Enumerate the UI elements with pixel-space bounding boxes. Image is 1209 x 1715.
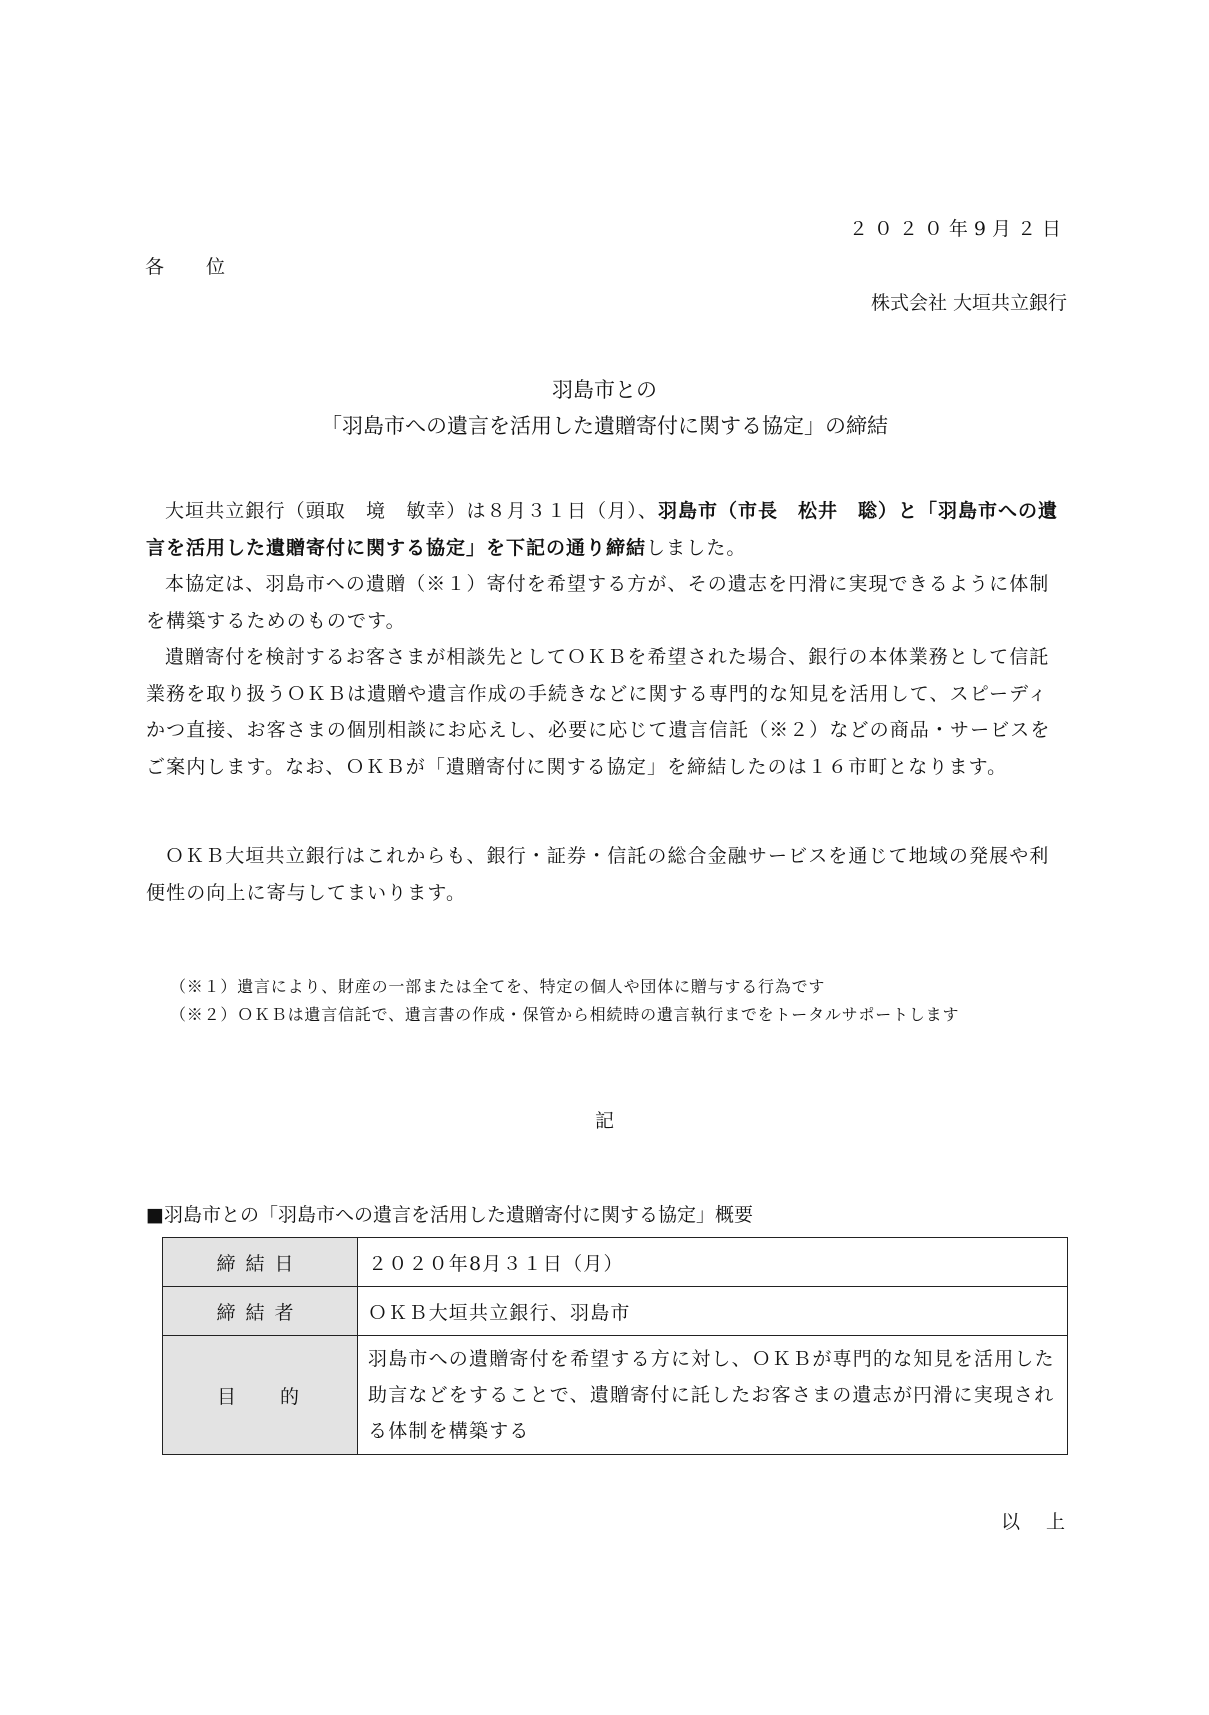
table-row: 締結日 ２０２０年8月３１日（月） — [163, 1238, 1068, 1287]
ki-heading: 記 — [0, 1106, 1209, 1133]
paragraph-1: 大垣共立銀行（頭取 境 敏幸）は８月３１日（月）、羽島市（市長 松井 聡）と「羽… — [146, 493, 1067, 566]
paragraph-4: ＯＫＢ大垣共立銀行はこれからも、銀行・証券・信託の総合金融サービスを通じて地域の… — [146, 838, 1067, 911]
sender-name: 株式会社 大垣共立銀行 — [871, 288, 1067, 315]
paragraph-2-text: 本協定は、羽島市への遺贈（※１）寄付を希望する方が、その遺志を円滑に実現できるよ… — [146, 566, 1067, 639]
paragraph-3: 遺贈寄付を検討するお客さまが相談先としてＯＫＢを希望された場合、銀行の本体業務と… — [146, 639, 1067, 785]
title-line-1: 羽島市との — [0, 374, 1209, 404]
release-date: ２０２０年9月２日 — [849, 214, 1067, 241]
row-label-parties: 締結者 — [163, 1287, 358, 1336]
table-row: 締結者 ＯＫＢ大垣共立銀行、羽島市 — [163, 1287, 1068, 1336]
paragraph-2: 本協定は、羽島市への遺贈（※１）寄付を希望する方が、その遺志を円滑に実現できるよ… — [146, 566, 1067, 639]
closing-char-2: 上 — [1046, 1511, 1067, 1533]
paragraph-3-text: 遺贈寄付を検討するお客さまが相談先としてＯＫＢを希望された場合、銀行の本体業務と… — [146, 639, 1067, 785]
addressee: 各位 — [145, 252, 227, 279]
row-value-purpose: 羽島市への遺贈寄付を希望する方に対し、ＯＫＢが専門的な知見を活用した助言などをす… — [358, 1336, 1068, 1455]
paragraph-1-lead: 大垣共立銀行（頭取 境 敏幸）は８月３１日（月）、 — [165, 500, 658, 522]
row-label-purpose: 目的 — [163, 1336, 358, 1455]
row-value-signing-date: ２０２０年8月３１日（月） — [358, 1238, 1068, 1287]
title-line-2: 「羽島市への遺言を活用した遺贈寄付に関する協定」の締結 — [0, 410, 1209, 440]
footnotes: （※１）遺言により、財産の一部または全てを、特定の個人や団体に贈与する行為です … — [170, 973, 959, 1029]
row-value-parties: ＯＫＢ大垣共立銀行、羽島市 — [358, 1287, 1068, 1336]
addressee-char-1: 各 — [145, 256, 166, 278]
summary-title: ■羽島市との「羽島市への遺言を活用した遺贈寄付に関する協定」概要 — [146, 1200, 753, 1227]
row-label-signing-date: 締結日 — [163, 1238, 358, 1287]
closing-ijou: 以上 — [1001, 1507, 1067, 1534]
press-release-page: ２０２０年9月２日 各位 株式会社 大垣共立銀行 羽島市との 「羽島市への遺言を… — [0, 0, 1209, 1715]
paragraph-4-text: ＯＫＢ大垣共立銀行はこれからも、銀行・証券・信託の総合金融サービスを通じて地域の… — [146, 838, 1067, 911]
addressee-char-2: 位 — [206, 256, 227, 278]
footnote-1: （※１）遺言により、財産の一部または全てを、特定の個人や団体に贈与する行為です — [170, 973, 959, 1001]
closing-char-1: 以 — [1001, 1511, 1022, 1533]
table-row: 目的 羽島市への遺贈寄付を希望する方に対し、ＯＫＢが専門的な知見を活用した助言な… — [163, 1336, 1068, 1455]
summary-table: 締結日 ２０２０年8月３１日（月） 締結者 ＯＫＢ大垣共立銀行、羽島市 目的 羽… — [162, 1237, 1068, 1455]
paragraph-1-tail: しました。 — [646, 537, 747, 559]
footnote-2: （※２）ＯＫＢは遺言信託で、遺言書の作成・保管から相続時の遺言執行までをトータル… — [170, 1001, 959, 1029]
